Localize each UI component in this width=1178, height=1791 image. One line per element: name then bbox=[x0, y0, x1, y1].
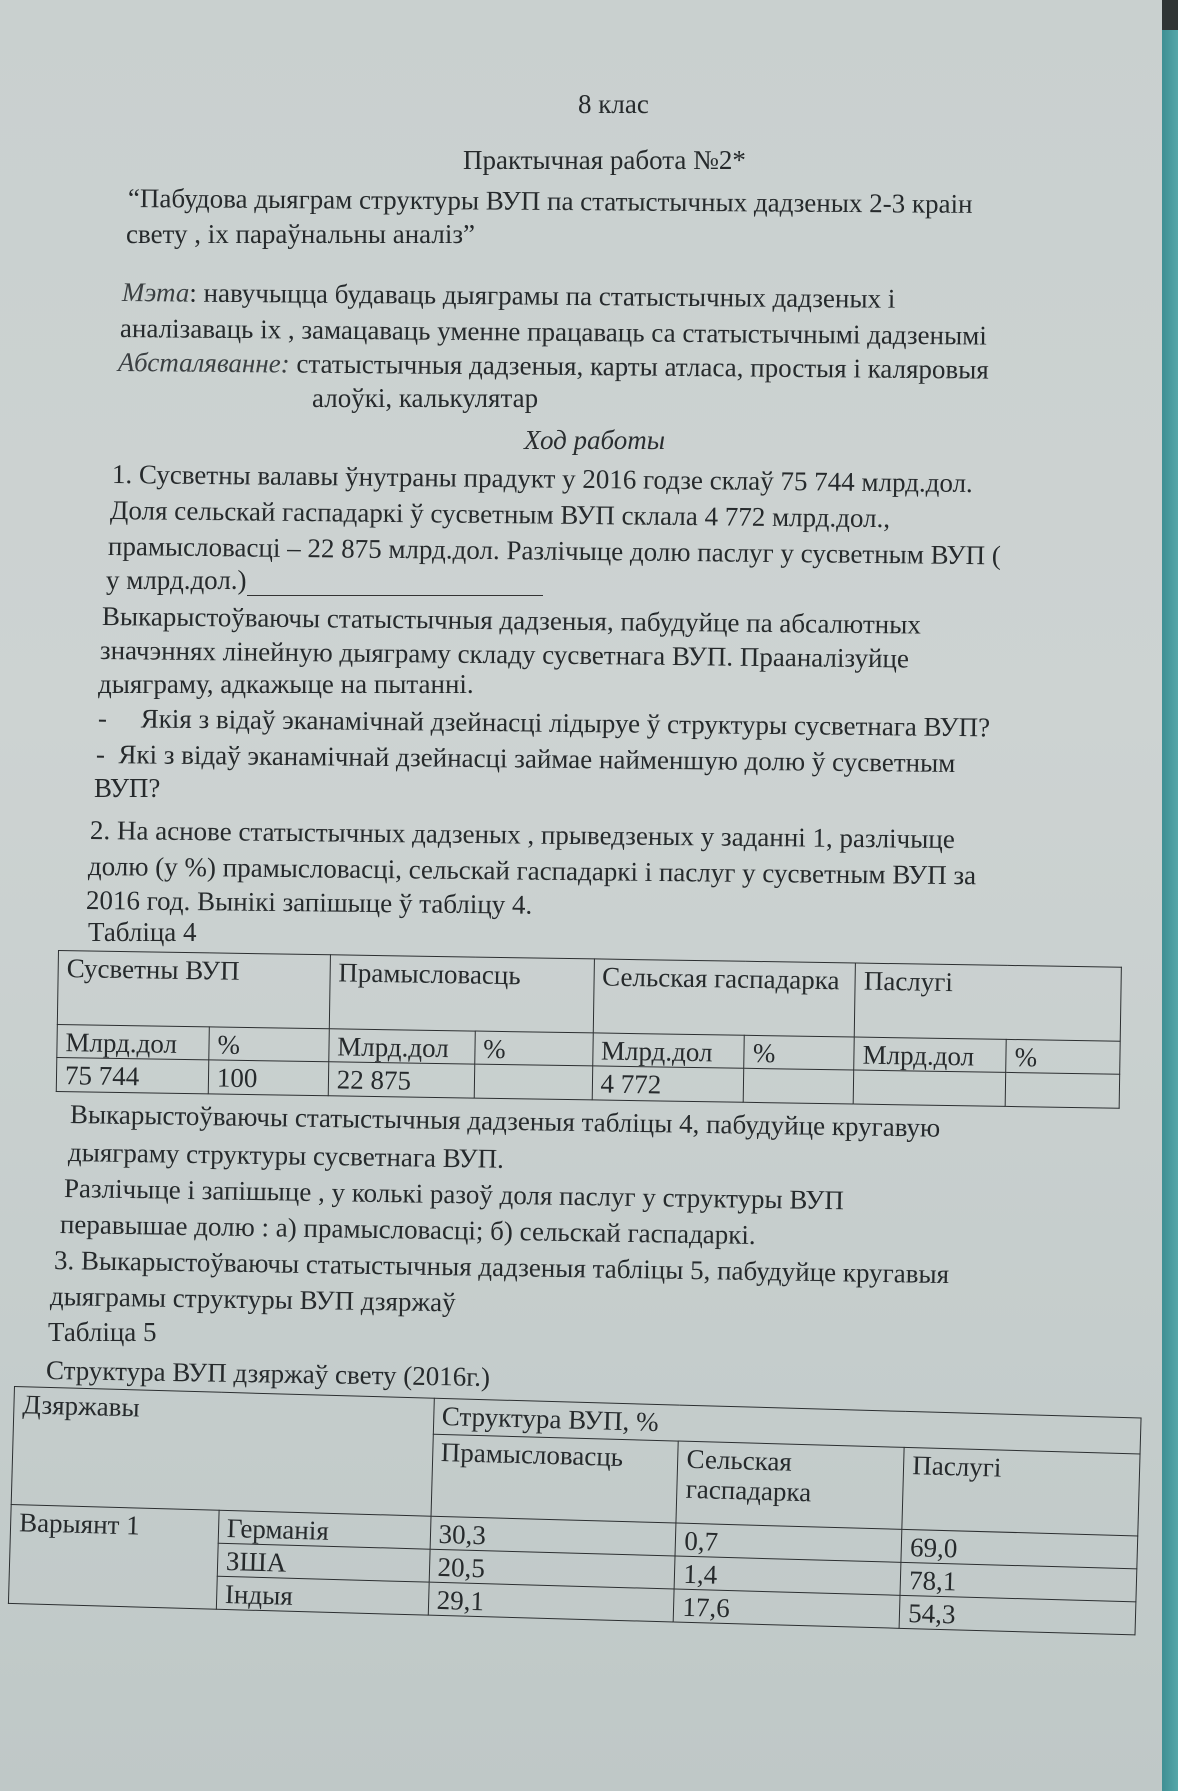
table5: Дзяржавы Структура ВУП, % Прамысловасць … bbox=[8, 1386, 1142, 1635]
table4-sub-bn: Млрд.дол bbox=[592, 1033, 744, 1068]
topic-line-2: свету , іх параўнальны аналіз” bbox=[126, 218, 475, 250]
table5-agriculture-value: 17,6 bbox=[674, 1589, 901, 1628]
goal-label: Мэта bbox=[122, 277, 190, 308]
task1-unit-text: у млрд.дол.) bbox=[106, 565, 247, 595]
task1-instruction-3: дыяграму, адкажыце на пытанні. bbox=[98, 668, 474, 700]
table4-services-bn-input[interactable] bbox=[853, 1070, 1005, 1106]
equipment-text-1: статыстычныя дадзеныя, карты атласа, про… bbox=[296, 349, 989, 385]
table5-caption: Табліца 5 bbox=[48, 1316, 157, 1348]
table4: Сусветны ВУП Прамысловасць Сельская гасп… bbox=[56, 950, 1122, 1109]
table5-country: ЗША bbox=[217, 1543, 430, 1582]
table4-sub-bn: Млрд.дол bbox=[329, 1029, 475, 1064]
after-table4-line-2: дыяграму структуры сусветнага ВУП. bbox=[68, 1136, 504, 1175]
task1-line-4: у млрд.дол.) bbox=[106, 564, 543, 596]
grade-label: 8 клас bbox=[578, 88, 649, 120]
table4-sub-bn: Млрд.дол bbox=[57, 1024, 209, 1059]
table5-country: Германія bbox=[218, 1510, 431, 1549]
table4-sub-bn: Млрд.дол bbox=[854, 1037, 1006, 1072]
services-answer-blank[interactable] bbox=[247, 569, 543, 596]
table4-sub-pct: % bbox=[1006, 1039, 1120, 1074]
task3-line-2: дыяграмы структуры ВУП дзяржаў bbox=[50, 1280, 456, 1318]
equipment-label: Абсталяванне: bbox=[118, 347, 290, 378]
table4-header-agriculture: Сельская гаспадарка bbox=[593, 959, 856, 1037]
table5-industry-value: 29,1 bbox=[428, 1582, 675, 1622]
table4-sub-pct: % bbox=[209, 1027, 329, 1062]
table4-header-world-gdp: Сусветны ВУП bbox=[57, 951, 330, 1029]
task1-question-2-end: ВУП? bbox=[94, 772, 160, 804]
background-teal-strip bbox=[1162, 30, 1178, 1791]
table5-col-agriculture: Сельская гаспадарка bbox=[676, 1441, 904, 1529]
table4-sub-pct: % bbox=[744, 1035, 854, 1070]
equipment-line-2: алоўкі, калькулятар bbox=[312, 382, 538, 414]
table4-industry-pct-input[interactable] bbox=[474, 1064, 592, 1100]
table5-services-value: 54,3 bbox=[899, 1595, 1136, 1635]
table4-world-gdp-bn: 75 744 bbox=[56, 1057, 208, 1093]
table4-agriculture-pct-input[interactable] bbox=[744, 1068, 854, 1104]
progress-heading: Ход работы bbox=[524, 424, 665, 456]
table5-country: Індыя bbox=[216, 1576, 429, 1615]
table4-header-services: Паслугі bbox=[854, 963, 1121, 1041]
table5-header-states: Дзяржавы bbox=[11, 1387, 434, 1517]
table4-header-industry: Прамысловасць bbox=[329, 955, 594, 1033]
table4-services-pct-input[interactable] bbox=[1005, 1072, 1119, 1108]
table4-caption: Табліца 4 bbox=[88, 916, 197, 948]
table5-variant: Варыянт 1 bbox=[8, 1504, 218, 1609]
table5-col-industry: Прамысловасць bbox=[431, 1434, 679, 1523]
topic-line-1: “Пабудова дыяграм структуры ВУП па статы… bbox=[128, 182, 973, 220]
table5-agriculture-value: 0,7 bbox=[675, 1523, 902, 1562]
goal-line-1: Мэта: навучыцца будаваць дыяграмы па ста… bbox=[122, 276, 896, 315]
goal-text-1: : навучыцца будаваць дыяграмы па статыст… bbox=[189, 278, 895, 314]
table4-world-gdp-pct: 100 bbox=[208, 1060, 328, 1096]
work-title: Практычная работа №2* bbox=[463, 144, 746, 176]
table5-col-services: Паслугі bbox=[902, 1447, 1140, 1536]
table4-sub-pct: % bbox=[474, 1031, 592, 1066]
table4-agriculture-bn: 4 772 bbox=[592, 1066, 744, 1102]
background-edge bbox=[1162, 0, 1178, 32]
table4-industry-bn: 22 875 bbox=[328, 1062, 474, 1098]
table5-agriculture-value: 1,4 bbox=[675, 1556, 902, 1595]
